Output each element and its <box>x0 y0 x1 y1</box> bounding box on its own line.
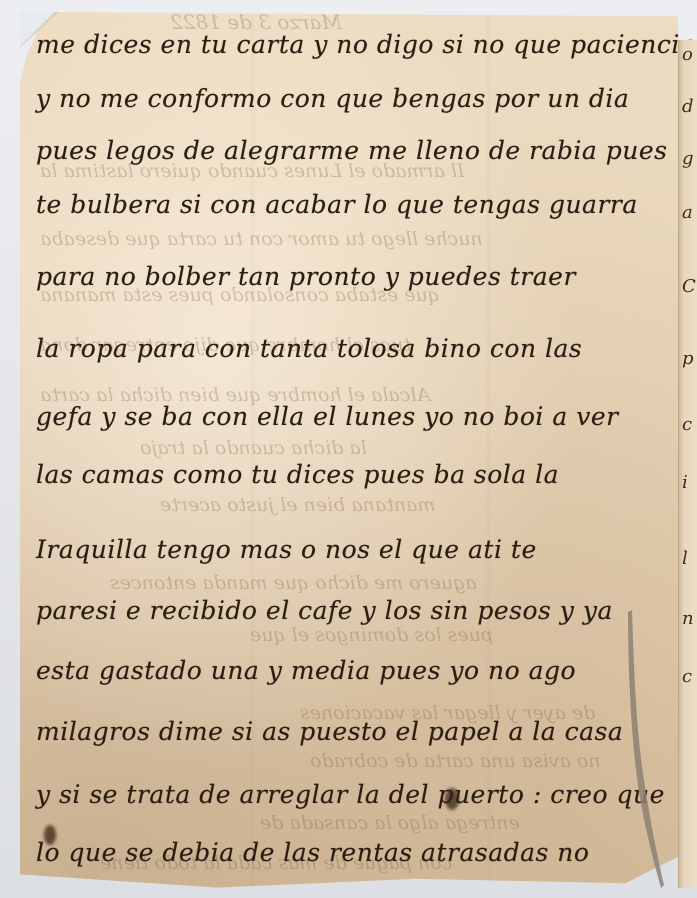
paper-tear <box>628 610 668 890</box>
margin-fragment: c <box>682 414 692 435</box>
bleed-through-line: entrega algo la cansada de <box>260 812 520 834</box>
handwritten-line-10: paresi e recibido el cafe y los sin peso… <box>36 596 613 625</box>
handwritten-line-4: te bulbera si con acabar lo que tengas g… <box>36 190 638 219</box>
ink-stain <box>44 825 56 845</box>
bleed-through-line: mantana bien el justo acerte <box>160 494 435 516</box>
margin-fragment: l <box>682 548 688 569</box>
handwritten-line-3: pues legos de alegrarme me lleno de rabi… <box>36 136 668 165</box>
handwritten-line-14: lo que se debia de las rentas atrasadas … <box>36 838 589 867</box>
bleed-through-line: aguero me dicho que manda entonces <box>110 572 477 594</box>
margin-fragment: C <box>682 276 696 297</box>
handwritten-line-8: las camas como tu dices pues ba sola la <box>36 460 559 489</box>
handwritten-line-9: Iraquilla tengo mas o nos el que ati te <box>36 535 537 564</box>
margin-fragment: p <box>682 348 694 369</box>
margin-fragment: c <box>682 666 692 687</box>
bleed-through-line: la dicha cuando la trajo <box>140 437 367 459</box>
margin-fragment: i <box>682 472 688 493</box>
bleed-through-line: nuche llego tu amor con tu carta que des… <box>40 228 483 250</box>
handwritten-line-13: y si se trata de arreglar la del puerto … <box>36 780 665 809</box>
handwritten-line-12: milagros dime si as puesto el papel a la… <box>36 717 623 746</box>
handwritten-line-7: gefa y se ba con ella el lunes yo no boi… <box>36 402 619 431</box>
margin-fragment: d <box>682 96 694 117</box>
margin-fragment: o <box>682 44 693 65</box>
handwritten-line-5: para no bolber tan pronto y puedes traer <box>36 262 576 291</box>
margin-fragment: a <box>682 202 693 223</box>
margin-fragment: n <box>682 608 694 629</box>
handwritten-line-2: y no me conformo con que bengas por un d… <box>36 84 629 113</box>
adjacent-page-edge: o d g a C p c i l n c <box>678 40 697 888</box>
ink-stain <box>445 788 459 810</box>
bleed-through-line: no avisa una carta de cobrado <box>310 750 601 772</box>
handwritten-line-1: me dices en tu carta y no digo si no que… <box>36 30 695 59</box>
bleed-through-line: pues los domingos el que <box>250 624 493 646</box>
margin-fragment: g <box>682 148 694 169</box>
handwritten-line-11: esta gastado una y media pues yo no ago <box>36 656 576 685</box>
handwritten-line-6: la ropa para con tanta tolosa bino con l… <box>36 334 582 363</box>
